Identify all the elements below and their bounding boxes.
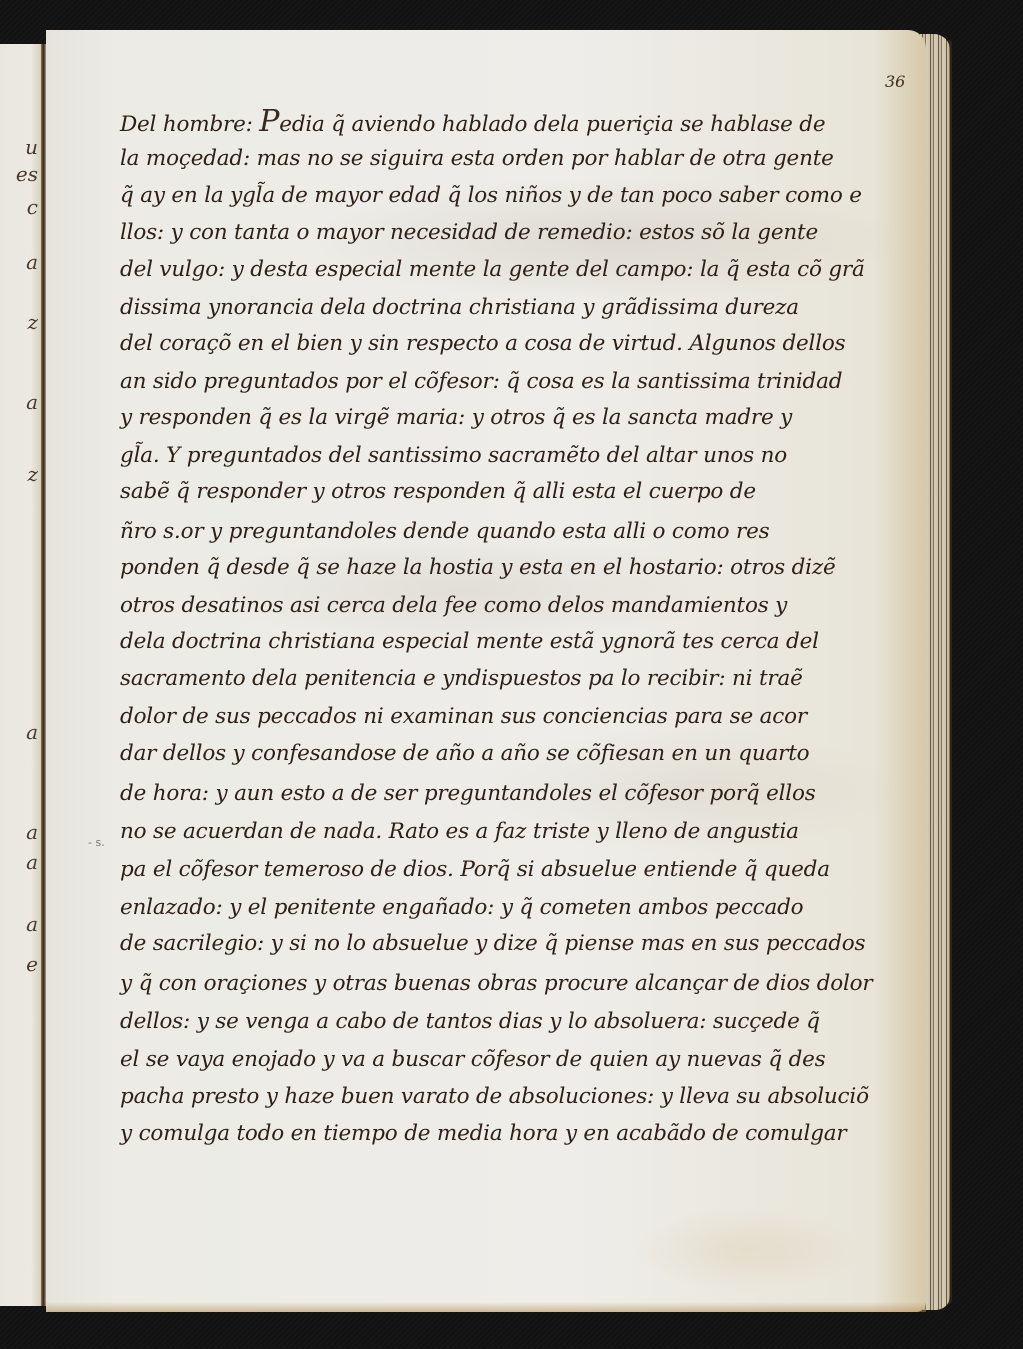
line-text: dellos: y se venga a cabo de tantos dias… bbox=[120, 1009, 820, 1034]
manuscript-line: dissima ynorancia dela doctrina christia… bbox=[120, 290, 799, 326]
manuscript-line: an sido preguntados por el cõfesor: q̃ c… bbox=[120, 364, 842, 400]
facing-page-fragment: a bbox=[26, 820, 38, 844]
line-text: gl̃a. Y preguntados del santissimo sacra… bbox=[120, 443, 787, 468]
manuscript-line: dela doctrina christiana especial mente … bbox=[120, 624, 819, 660]
line-text: no se acuerdan de nada. Rato es a faz tr… bbox=[120, 819, 799, 844]
manuscript-line: dolor de sus peccados ni examinan sus co… bbox=[120, 699, 807, 735]
line-text: edia q̃ aviendo hablado dela pueriçia se… bbox=[279, 112, 825, 137]
facing-page-fragment: u bbox=[25, 135, 38, 159]
line-text: la moçedad: mas no se siguira esta orden… bbox=[120, 146, 834, 171]
line-text: llos: y con tanta o mayor necesidad de r… bbox=[120, 220, 818, 245]
facing-page-fragment: a bbox=[26, 850, 38, 874]
manuscript-line: q̃ ay en la ygl̃a de mayor edad q̃ los n… bbox=[120, 178, 862, 214]
line-text: y comulga todo en tiempo de media hora y… bbox=[120, 1121, 847, 1146]
manuscript-line: de hora: y aun esto a de ser preguntando… bbox=[120, 776, 816, 812]
line-text: dela doctrina christiana especial mente … bbox=[120, 629, 819, 654]
line-text: del vulgo: y desta especial mente la gen… bbox=[120, 257, 865, 282]
line-text: del coraçõ en el bien y sin respecto a c… bbox=[120, 331, 845, 356]
manuscript-line: Del hombre: Pedia q̃ aviendo hablado del… bbox=[120, 104, 825, 140]
manuscript-line: enlazado: y el penitente engañado: y q̃ … bbox=[120, 890, 803, 926]
line-text: dolor de sus peccados ni examinan sus co… bbox=[120, 704, 807, 729]
manuscript-line: ñro s.or y preguntandoles dende quando e… bbox=[120, 514, 769, 550]
folio-number: 36 bbox=[885, 72, 905, 91]
facing-page-fragment: a bbox=[26, 390, 38, 414]
line-text: sabẽ q̃ responder y otros responden q̃ a… bbox=[120, 479, 756, 504]
manuscript-line: dellos: y se venga a cabo de tantos dias… bbox=[120, 1004, 820, 1040]
facing-page-fragment: z bbox=[27, 462, 38, 486]
line-text: ponden q̃ desde q̃ se haze la hostia y e… bbox=[120, 555, 836, 580]
manuscript-line: y responden q̃ es la virgẽ maria: y otro… bbox=[120, 400, 792, 436]
line-text: pa el cõfesor temeroso de dios. Porq̃ si… bbox=[120, 857, 830, 882]
manuscript-line: no se acuerdan de nada. Rato es a faz tr… bbox=[120, 814, 799, 850]
manuscript-line: pacha presto y haze buen varato de absol… bbox=[120, 1079, 869, 1115]
facing-page-fragment: z bbox=[27, 310, 38, 334]
manuscript-line: de sacrilegio: y si no lo absuelue y diz… bbox=[120, 926, 865, 962]
line-text: el se vaya enojado y va a buscar cõfesor… bbox=[120, 1047, 826, 1072]
manuscript-line: la moçedad: mas no se siguira esta orden… bbox=[120, 141, 834, 177]
manuscript-line: ponden q̃ desde q̃ se haze la hostia y e… bbox=[120, 550, 836, 586]
manuscript-line: y q̃ con oraçiones y otras buenas obras … bbox=[120, 966, 873, 1002]
manuscript-line: dar dellos y confesandose de año a año s… bbox=[120, 736, 809, 772]
line-text: de sacrilegio: y si no lo absuelue y diz… bbox=[120, 931, 865, 956]
facing-page-text-fragments: uescazazaaaae bbox=[0, 44, 44, 1306]
manuscript-line: llos: y con tanta o mayor necesidad de r… bbox=[120, 215, 818, 251]
manuscript-line: el se vaya enojado y va a buscar cõfesor… bbox=[120, 1042, 826, 1078]
manuscript-line: gl̃a. Y preguntados del santissimo sacra… bbox=[120, 438, 787, 474]
line-text: dissima ynorancia dela doctrina christia… bbox=[120, 295, 799, 320]
facing-page-left: uescazazaaaae bbox=[0, 44, 44, 1306]
margin-note: - s. bbox=[88, 836, 105, 849]
manuscript-line: del vulgo: y desta especial mente la gen… bbox=[120, 252, 865, 288]
decorated-initial: P bbox=[259, 104, 279, 139]
line-text: otros desatinos asi cerca dela fee como … bbox=[120, 593, 787, 618]
line-text: sacramento dela penitencia e yndispuesto… bbox=[120, 666, 803, 691]
line-text: y q̃ con oraçiones y otras buenas obras … bbox=[120, 971, 873, 996]
section-heading: Del hombre: bbox=[120, 112, 259, 137]
manuscript-line: y comulga todo en tiempo de media hora y… bbox=[120, 1116, 847, 1152]
facing-page-fragment: a bbox=[26, 720, 38, 744]
manuscript-line: sacramento dela penitencia e yndispuesto… bbox=[120, 661, 803, 697]
line-text: dar dellos y confesandose de año a año s… bbox=[120, 741, 809, 766]
manuscript-line: sabẽ q̃ responder y otros responden q̃ a… bbox=[120, 474, 756, 510]
line-text: enlazado: y el penitente engañado: y q̃ … bbox=[120, 895, 803, 920]
line-text: q̃ ay en la ygl̃a de mayor edad q̃ los n… bbox=[120, 183, 862, 208]
manuscript-line: otros desatinos asi cerca dela fee como … bbox=[120, 588, 787, 624]
facing-page-fragment: c bbox=[27, 195, 38, 219]
line-text: pacha presto y haze buen varato de absol… bbox=[120, 1084, 869, 1109]
facing-page-fragment: a bbox=[26, 912, 38, 936]
line-text: de hora: y aun esto a de ser preguntando… bbox=[120, 781, 816, 806]
manuscript-line: del coraçõ en el bien y sin respecto a c… bbox=[120, 326, 845, 362]
facing-page-fragment: e bbox=[26, 952, 38, 976]
facing-page-fragment: a bbox=[26, 250, 38, 274]
line-text: an sido preguntados por el cõfesor: q̃ c… bbox=[120, 369, 842, 394]
line-text: ñro s.or y preguntandoles dende quando e… bbox=[120, 519, 769, 544]
facing-page-fragment: es bbox=[16, 162, 38, 186]
page-bottom-stain bbox=[46, 1302, 926, 1312]
line-text: y responden q̃ es la virgẽ maria: y otro… bbox=[120, 405, 792, 430]
manuscript-line: pa el cõfesor temeroso de dios. Porq̃ si… bbox=[120, 852, 830, 888]
